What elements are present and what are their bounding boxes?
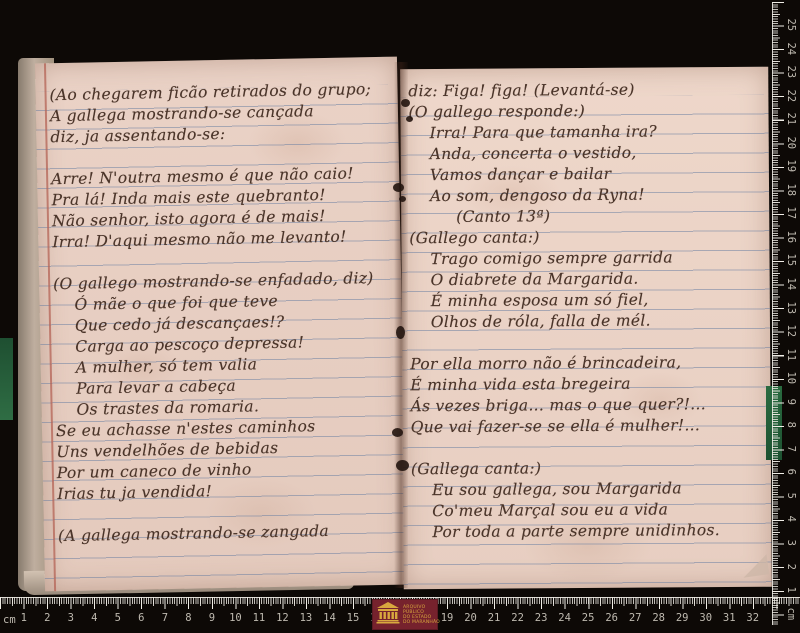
ruler-number: 28 [647, 612, 671, 624]
handwritten-line: Que vai fazer-se se ella é mulher!... [411, 415, 769, 438]
ink-blot [406, 116, 413, 122]
archive-logo-text-line: DO MARANHÃO [403, 620, 440, 625]
ruler-number: 25 [779, 18, 800, 32]
ruler-number: 12 [779, 324, 800, 338]
ruler-number: 21 [779, 112, 800, 126]
ruler-number: 7 [153, 612, 177, 624]
handwritten-line: diz: Figa! figa! (Levantá-se) [408, 79, 766, 102]
ruler-number: 23 [779, 65, 800, 79]
ruler-number: 10 [224, 612, 248, 624]
ruler-number: 8 [177, 612, 201, 624]
scanned-notebook-spread: (Ao chegarem ficão retirados do grupo;A … [0, 0, 800, 633]
left-page: (Ao chegarem ficão retirados do grupo;A … [35, 57, 407, 592]
ruler-number: 20 [779, 136, 800, 150]
vertical-ruler-numbers: 2524232221201918171615141312111098765432… [784, 13, 798, 625]
ruler-number: 3 [779, 536, 800, 550]
ruler-number: 29 [670, 612, 694, 624]
ruler-number: 8 [779, 418, 800, 432]
right-page: diz: Figa! figa! (Levantá-se)(O gallego … [400, 67, 772, 590]
ink-blot [392, 428, 403, 437]
ruler-number: 15 [341, 612, 365, 624]
ruler-number: 32 [741, 612, 765, 624]
handwritten-line: Por ella morro não é brincadeira, [410, 352, 768, 375]
handwritten-line: Eu sou gallega, sou Margarida [411, 478, 769, 501]
handwritten-line: (O gallego responde:) [408, 100, 766, 123]
handwritten-line: Trago comigo sempre garrida [409, 247, 767, 270]
ruler-number: 4 [83, 612, 107, 624]
ruler-number: 6 [779, 465, 800, 479]
ruler-number: 25 [576, 612, 600, 624]
left-page-handwriting: (Ao chegarem ficão retirados do grupo;A … [49, 79, 404, 548]
handwritten-line [411, 436, 769, 459]
ruler-number: 17 [779, 206, 800, 220]
ink-blot [396, 326, 405, 339]
ruler-number: 23 [529, 612, 553, 624]
ruler-number: 19 [779, 159, 800, 173]
handwritten-line: Olhos de róla, falla de mél. [410, 310, 768, 333]
ruler-number: 1 [779, 583, 800, 597]
handwritten-line [410, 331, 768, 354]
handwritten-line: Ás vezes briga... mas o que quer?!... [410, 394, 768, 417]
ruler-number: 7 [779, 442, 800, 456]
ruler-number: 13 [779, 300, 800, 314]
ruler-number: 15 [779, 253, 800, 267]
page-corner-fold [741, 554, 770, 577]
ruler-number: 22 [779, 88, 800, 102]
ruler-number: 11 [247, 612, 271, 624]
ink-blot [399, 196, 406, 202]
handwritten-line: Vamos dançar e bailar [409, 163, 767, 186]
ruler-number: 30 [694, 612, 718, 624]
green-marker-left [0, 338, 13, 420]
ruler-number: 6 [130, 612, 154, 624]
ruler-number: 12 [271, 612, 295, 624]
handwritten-line: Anda, concerta o vestido, [409, 142, 767, 165]
handwritten-line: Ao som, dengoso da Ryna! [409, 184, 767, 207]
ruler-number: 1 [12, 612, 36, 624]
ruler-number: 20 [459, 612, 483, 624]
ruler-number: 14 [779, 277, 800, 291]
ruler-number: 2 [779, 559, 800, 573]
right-page-handwriting: diz: Figa! figa! (Levantá-se)(O gallego … [408, 79, 769, 543]
handwritten-line: Co'meu Marçal sou eu a vida [411, 499, 769, 522]
archive-logo: ARQUIVOPÚBLICODO ESTADODO MARANHÃO [372, 599, 438, 630]
ruler-number: 26 [600, 612, 624, 624]
ink-blot [393, 183, 404, 192]
ruler-number: 4 [779, 512, 800, 526]
ruler-number: 5 [106, 612, 130, 624]
vertical-ruler: 2524232221201918171615141312111098765432… [768, 0, 800, 633]
ruler-number: 27 [623, 612, 647, 624]
ruler-number: 10 [779, 371, 800, 385]
handwritten-line: (Gallego canta:) [409, 226, 767, 249]
handwritten-line: Irra! Para que tamanha ira? [409, 121, 767, 144]
ruler-number: 11 [779, 347, 800, 361]
ink-blot [401, 99, 410, 107]
ruler-number: 13 [294, 612, 318, 624]
ruler-number: 22 [506, 612, 530, 624]
handwritten-line: O diabrete da Margarida. [410, 268, 768, 291]
ruler-number: 18 [779, 183, 800, 197]
ruler-number: 9 [200, 612, 224, 624]
handwritten-line: É minha vida esta bregeira [410, 373, 768, 396]
ruler-number: 9 [779, 395, 800, 409]
handwritten-line: (Gallega canta:) [411, 457, 769, 480]
ruler-number: 5 [779, 489, 800, 503]
ruler-number: 24 [553, 612, 577, 624]
ruler-number: 3 [59, 612, 83, 624]
ruler-number: 21 [482, 612, 506, 624]
ruler-number: 14 [318, 612, 342, 624]
archive-logo-text: ARQUIVOPÚBLICODO ESTADODO MARANHÃO [403, 605, 440, 625]
handwritten-line: Por toda a parte sempre unidinhos. [411, 520, 769, 543]
handwritten-line: (Canto 13ª) [409, 205, 767, 228]
ink-blot [396, 460, 409, 471]
ruler-number: 16 [779, 230, 800, 244]
building-icon [376, 602, 400, 628]
handwritten-line: É minha esposa um só fiel, [410, 289, 768, 312]
ruler-baseline [772, 2, 773, 625]
ruler-number: 24 [779, 41, 800, 55]
binding-gutter [394, 62, 408, 588]
ruler-number: 2 [36, 612, 60, 624]
ruler-number: 31 [717, 612, 741, 624]
